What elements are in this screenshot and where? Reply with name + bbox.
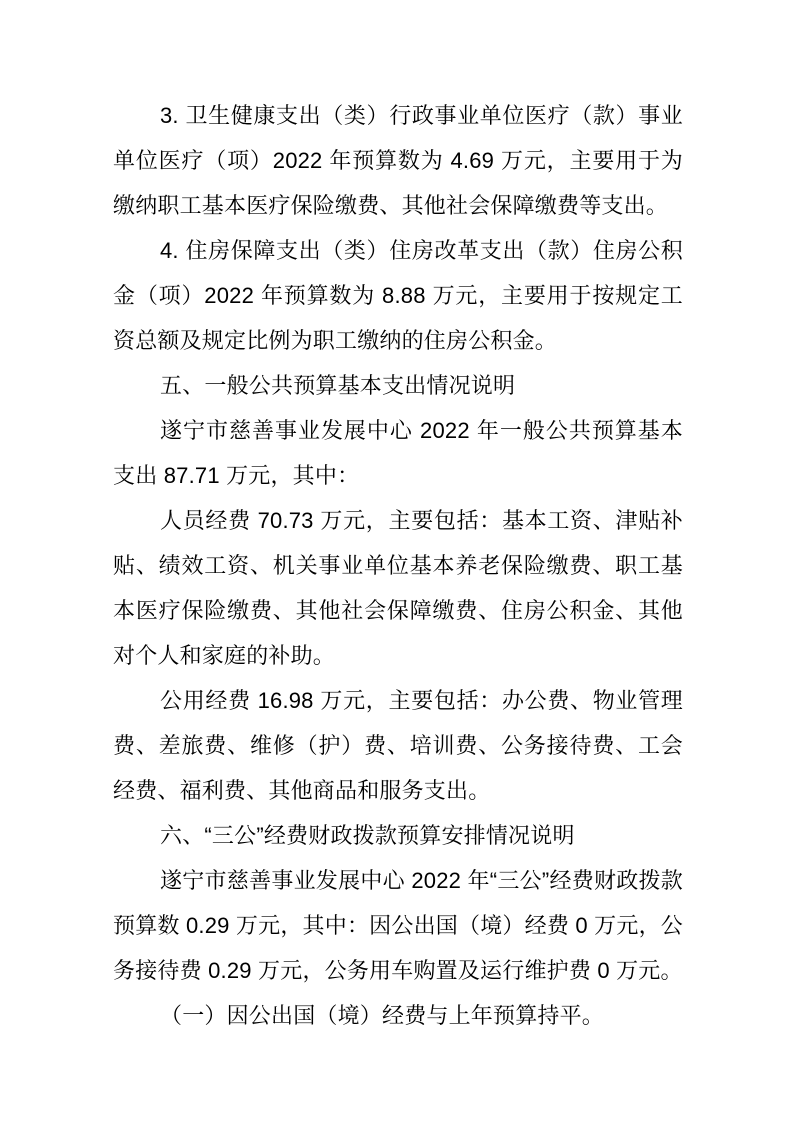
para-three-public-funds: 遂宁市慈善事业发展中心 2022 年“三公”经费财政拨款预算数 0.29 万元，… [113,858,683,993]
para-overseas-expense: （一）因公出国（境）经费与上年预算持平。 [113,993,683,1038]
para-personnel-expense: 人员经费 70.73 万元，主要包括：基本工资、津贴补贴、绩效工资、机关事业单位… [113,498,683,678]
para-health-expenditure: 3. 卫生健康支出（类）行政事业单位医疗（款）事业单位医疗（项）2022 年预算… [113,93,683,228]
para-public-expense: 公用经费 16.98 万元，主要包括：办公费、物业管理费、差旅费、维修（护）费、… [113,678,683,813]
heading-section-six: 六、“三公”经费财政拨款预算安排情况说明 [113,813,683,858]
para-basic-expenditure-total: 遂宁市慈善事业发展中心 2022 年一般公共预算基本支出 87.71 万元，其中… [113,408,683,498]
heading-section-five: 五、一般公共预算基本支出情况说明 [113,363,683,408]
document-page: 3. 卫生健康支出（类）行政事业单位医疗（款）事业单位医疗（项）2022 年预算… [0,0,794,1122]
para-housing-expenditure: 4. 住房保障支出（类）住房改革支出（款）住房公积金（项）2022 年预算数为 … [113,228,683,363]
document-body: 3. 卫生健康支出（类）行政事业单位医疗（款）事业单位医疗（项）2022 年预算… [113,0,683,1038]
